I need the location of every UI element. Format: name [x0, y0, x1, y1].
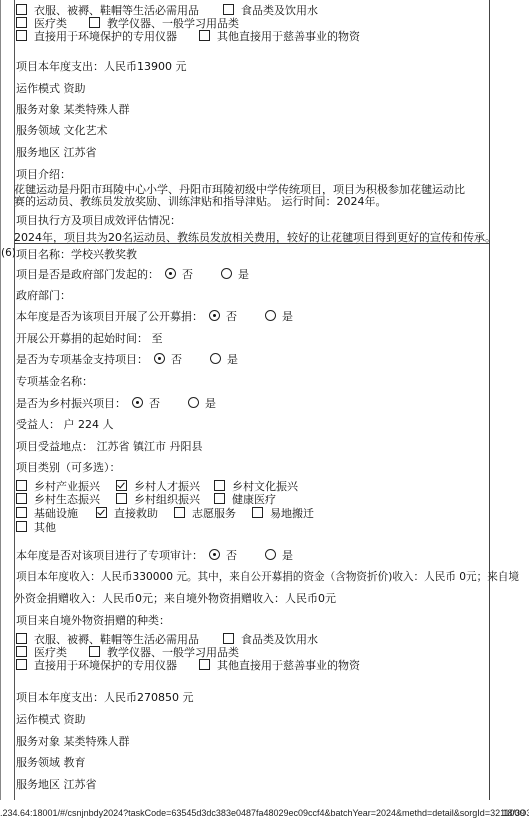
public-fundraising-field: 本年度是否为该项目开展了公开募捐：否是 — [16, 310, 293, 323]
radio-no-icon[interactable] — [165, 268, 176, 279]
checkbox-icon[interactable] — [16, 507, 27, 518]
checkbox-icon[interactable] — [199, 30, 210, 41]
donation-type-row-2: 医疗类教学仪器、一般学习用品类 — [16, 646, 257, 659]
checkbox-icon[interactable] — [223, 633, 234, 644]
service-target-text: 服务对象 某类特殊人群 — [16, 735, 130, 748]
checkbox-icon[interactable] — [214, 480, 225, 491]
income-line-2: 外资金捐赠收入：人民币0元；来自境外物资捐赠收入：人民币0元 — [14, 592, 336, 605]
radio-yes-icon[interactable] — [188, 397, 199, 408]
project-index: (6) — [1, 247, 14, 259]
service-region-text: 服务地区 江苏省 — [16, 778, 97, 791]
radio-no-icon[interactable] — [209, 549, 220, 560]
checkbox-label: 基础设施 — [34, 507, 78, 520]
radio-yes-icon[interactable] — [265, 310, 276, 321]
checkbox-checked-icon[interactable] — [96, 507, 107, 518]
rural-revival-field: 是否为乡村振兴项目：否是 — [16, 397, 216, 410]
checkbox-icon[interactable] — [16, 633, 27, 644]
checkbox-label: 直接用于环境保护的专用仪器 — [34, 30, 177, 43]
audit-field: 本年度是否对该项目进行了专项审计：否是 — [16, 549, 293, 562]
radio-no-icon[interactable] — [132, 397, 143, 408]
service-region-text: 服务地区 江苏省 — [16, 146, 97, 159]
checkbox-icon[interactable] — [16, 493, 27, 504]
checkbox-label: 乡村文化振兴 — [232, 480, 298, 493]
checkbox-checked-icon[interactable] — [116, 480, 127, 491]
category-row-3: 基础设施直接救助志愿服务易地搬迁 — [16, 507, 332, 520]
radio-no-icon[interactable] — [154, 353, 165, 364]
checkbox-label: 教学仪器、一般学习用品类 — [107, 646, 239, 659]
checkbox-label: 医疗类 — [34, 646, 67, 659]
category-row-1: 乡村产业振兴乡村人才振兴乡村文化振兴 — [16, 480, 316, 493]
service-field-text: 服务领域 教育 — [16, 756, 86, 769]
evaluation-label: 项目执行方及项目成效评估情况： — [16, 214, 181, 227]
field-label: 项目是否是政府部门发起的： — [16, 268, 159, 281]
checkbox-icon[interactable] — [16, 659, 27, 670]
intro-text: 花毽运动是丹阳市珥陵中心小学、丹阳市珥陵初级中学传统项目，项目为积极参加花毽运动… — [14, 184, 470, 208]
checkbox-icon[interactable] — [199, 659, 210, 670]
checkbox-icon[interactable] — [214, 493, 225, 504]
checkbox-label: 易地搬迁 — [270, 507, 314, 520]
field-label: 是否为乡村振兴项目： — [16, 397, 126, 410]
checkbox-icon[interactable] — [16, 646, 27, 657]
category-row-4: 其他 — [16, 521, 74, 534]
gov-department-text: 政府部门： — [16, 289, 71, 302]
radio-label: 是 — [238, 268, 249, 281]
donation-type-row-3: 直接用于环境保护的专用仪器其他直接用于慈善事业的物资 — [16, 659, 378, 672]
checkbox-label: 其他 — [34, 521, 56, 534]
radio-yes-icon[interactable] — [265, 549, 276, 560]
foreign-donation-label: 项目来自境外物资捐赠的种类： — [16, 614, 170, 627]
checkbox-label: 直接用于环境保护的专用仪器 — [34, 659, 177, 672]
checkbox-label: 衣服、被褥、鞋帽等生活必需用品 — [34, 633, 199, 646]
donation-type-row-3: 直接用于环境保护的专用仪器其他直接用于慈善事业的物资 — [16, 30, 378, 43]
page-number: 18/39 — [502, 808, 525, 818]
radio-label: 是 — [205, 397, 216, 410]
category-label: 项目类别（可多选）： — [16, 461, 121, 474]
radio-label: 是 — [282, 310, 293, 323]
field-label: 本年度是否对该项目进行了专项审计： — [16, 549, 203, 562]
checkbox-label: 食品类及饮用水 — [241, 4, 318, 17]
service-field-text: 服务领域 文化艺术 — [16, 124, 108, 137]
radio-label: 否 — [149, 397, 160, 410]
checkbox-icon[interactable] — [116, 493, 127, 504]
page-left-edge — [0, 0, 1, 800]
checkbox-icon[interactable] — [89, 646, 100, 657]
checkbox-label: 医疗类 — [34, 17, 67, 30]
expense-text: 项目本年度支出：人民币270850 元 — [16, 691, 194, 704]
radio-yes-icon[interactable] — [210, 353, 221, 364]
special-fund-name-text: 专项基金名称： — [16, 375, 93, 388]
checkbox-icon[interactable] — [89, 17, 100, 28]
checkbox-label: 直接救助 — [114, 507, 158, 520]
radio-yes-icon[interactable] — [221, 268, 232, 279]
radio-no-icon[interactable] — [209, 310, 220, 321]
special-fund-field: 是否为专项基金支持项目：否是 — [16, 353, 238, 366]
row-divider — [14, 243, 489, 244]
donation-type-row-1: 衣服、被褥、鞋帽等生活必需用品食品类及饮用水 — [16, 4, 336, 17]
checkbox-label: 其他直接用于慈善事业的物资 — [217, 30, 360, 43]
expense-text: 项目本年度支出：人民币13900 元 — [16, 60, 187, 73]
checkbox-label: 乡村组织振兴 — [134, 493, 200, 506]
checkbox-label: 其他直接用于慈善事业的物资 — [217, 659, 360, 672]
donation-type-row-1: 衣服、被褥、鞋帽等生活必需用品食品类及饮用水 — [16, 633, 336, 646]
checkbox-icon[interactable] — [16, 521, 27, 532]
checkbox-label: 乡村人才振兴 — [134, 480, 200, 493]
checkbox-icon[interactable] — [16, 30, 27, 41]
radio-label: 否 — [171, 353, 182, 366]
radio-label: 是 — [282, 549, 293, 562]
radio-label: 否 — [226, 310, 237, 323]
category-row-2: 乡村生态振兴乡村组织振兴健康医疗 — [16, 493, 294, 506]
checkbox-label: 乡村产业振兴 — [34, 480, 100, 493]
operation-mode-text: 运作模式 资助 — [16, 713, 86, 726]
checkbox-icon[interactable] — [223, 4, 234, 15]
intro-label: 项目介绍： — [16, 168, 71, 181]
field-label: 本年度是否为该项目开展了公开募捐： — [16, 310, 203, 323]
checkbox-icon[interactable] — [16, 4, 27, 15]
beneficiary-location-text: 项目受益地点： 江苏省 镇江市 丹阳县 — [16, 440, 203, 453]
project-name: 项目名称：学校兴教奖教 — [16, 248, 137, 261]
income-line-1: 项目本年度收入：人民币330000 元。其中，来自公开募捐的资金（含物资折价)收… — [16, 571, 519, 584]
checkbox-label: 志愿服务 — [192, 507, 236, 520]
radio-label: 是 — [227, 353, 238, 366]
checkbox-label: 健康医疗 — [232, 493, 276, 506]
beneficiaries-text: 受益人： 户 224 人 — [16, 418, 114, 431]
checkbox-label: 食品类及饮用水 — [241, 633, 318, 646]
radio-label: 否 — [182, 268, 193, 281]
service-target-text: 服务对象 某类特殊人群 — [16, 103, 130, 116]
checkbox-icon[interactable] — [252, 507, 263, 518]
radio-label: 否 — [226, 549, 237, 562]
field-label: 是否为专项基金支持项目： — [16, 353, 148, 366]
checkbox-label: 教学仪器、一般学习用品类 — [107, 17, 239, 30]
page-url-footer: .234.64:18001/#/csnjnbdy2024?taskCode=63… — [0, 808, 529, 818]
checkbox-label: 衣服、被褥、鞋帽等生活必需用品 — [34, 4, 199, 17]
checkbox-icon[interactable] — [16, 17, 27, 28]
operation-mode-text: 运作模式 资助 — [16, 82, 86, 95]
checkbox-label: 乡村生态振兴 — [34, 493, 100, 506]
donation-type-row-2: 医疗类教学仪器、一般学习用品类 — [16, 17, 257, 30]
checkbox-icon[interactable] — [174, 507, 185, 518]
gov-initiated-field: 项目是否是政府部门发起的：否是 — [16, 268, 249, 281]
fundraising-period-text: 开展公开募捐的起始时间： 至 — [16, 332, 163, 345]
checkbox-icon[interactable] — [16, 480, 27, 491]
